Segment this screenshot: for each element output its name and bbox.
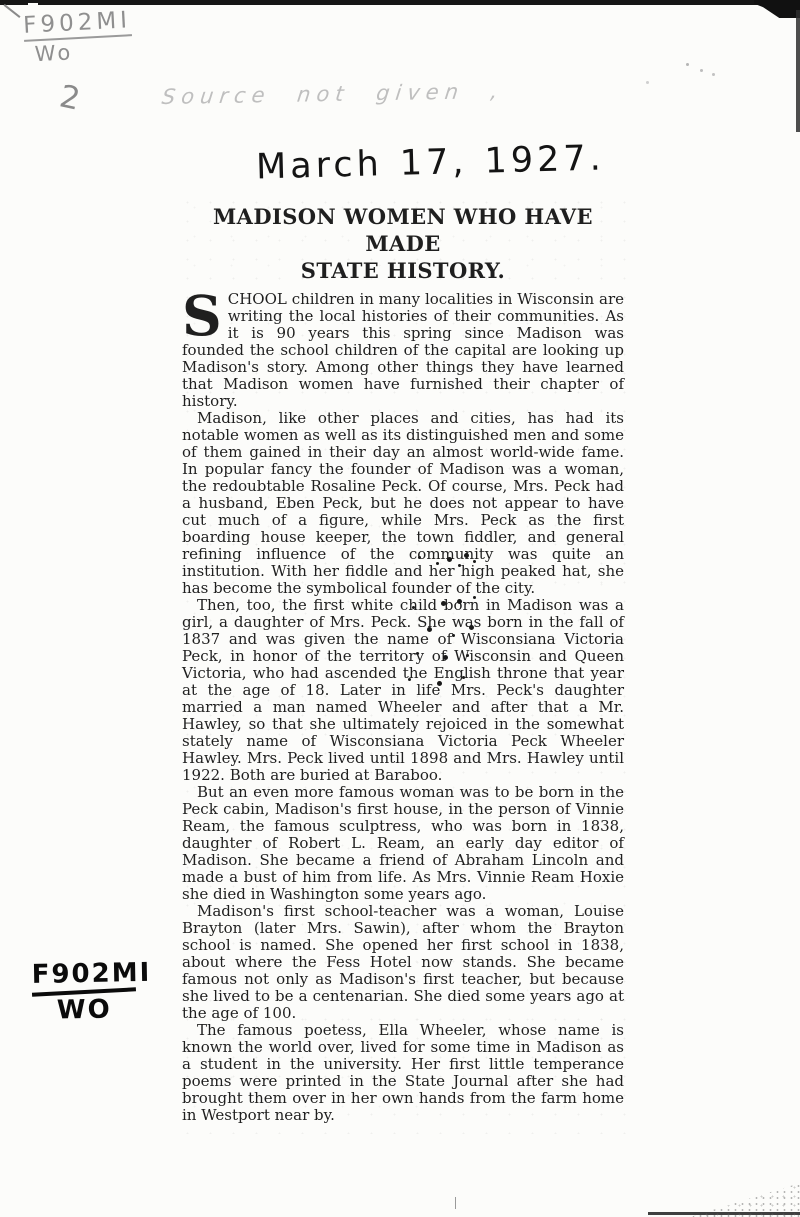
article-headline-line1: MADISON WOMEN WHO HAVE MADE bbox=[182, 203, 624, 257]
article-paragraph: The famous poetess, Ella Wheeler, whose … bbox=[182, 1022, 624, 1124]
scan-bottom-tick bbox=[455, 1197, 456, 1209]
article-paragraph: But an even more famous woman was to be … bbox=[182, 784, 624, 903]
article-lede-paragraph: SCHOOL children in many localities in Wi… bbox=[182, 291, 624, 410]
scan-edge-right bbox=[796, 10, 800, 132]
scan-speckle-marks bbox=[686, 63, 689, 66]
scan-corner-top-right bbox=[754, 0, 800, 18]
call-number-top-line1: F902MI bbox=[23, 9, 132, 42]
ink-spatter-artifact bbox=[418, 556, 421, 559]
handwritten-date: March 17, 1927. bbox=[256, 138, 606, 187]
article-headline: MADISON WOMEN WHO HAVE MADE STATE HISTOR… bbox=[182, 203, 624, 284]
article-paragraph: Madison, like other places and cities, h… bbox=[182, 410, 624, 597]
newspaper-clipping: MADISON WOMEN WHO HAVE MADE STATE HISTOR… bbox=[182, 203, 624, 1124]
article-paragraph: Then, too, the first white child born in… bbox=[182, 597, 624, 784]
call-number-top: F902MI Wo bbox=[23, 9, 133, 66]
scan-corner-top-left-mark bbox=[4, 4, 21, 18]
scan-edge-top bbox=[0, 0, 800, 5]
drop-cap: S bbox=[182, 291, 228, 338]
call-number-bottom-line1: F902MI bbox=[31, 960, 135, 989]
call-number-top-line2: Wo bbox=[34, 39, 133, 65]
article-body: SCHOOL children in many localities in Wi… bbox=[182, 291, 624, 1124]
article-paragraphs: Madison, like other places and cities, h… bbox=[182, 410, 624, 1124]
scan-corner-bottom-right-speckle bbox=[690, 1183, 800, 1217]
handwritten-page-number: 2 bbox=[56, 78, 83, 117]
call-number-bottom-line2: WO bbox=[32, 996, 136, 1025]
call-number-bottom: F902MI WO bbox=[31, 960, 136, 1025]
article-headline-line2: STATE HISTORY. bbox=[182, 257, 624, 284]
lede-text: CHOOL children in many localities in Wis… bbox=[182, 290, 624, 410]
article-paragraph: Madison's first school-teacher was a wom… bbox=[182, 903, 624, 1022]
scanned-document-page: F902MI Wo 2 Source not given , March 17,… bbox=[0, 0, 800, 1217]
handwritten-source-note: Source not given , bbox=[161, 79, 505, 109]
